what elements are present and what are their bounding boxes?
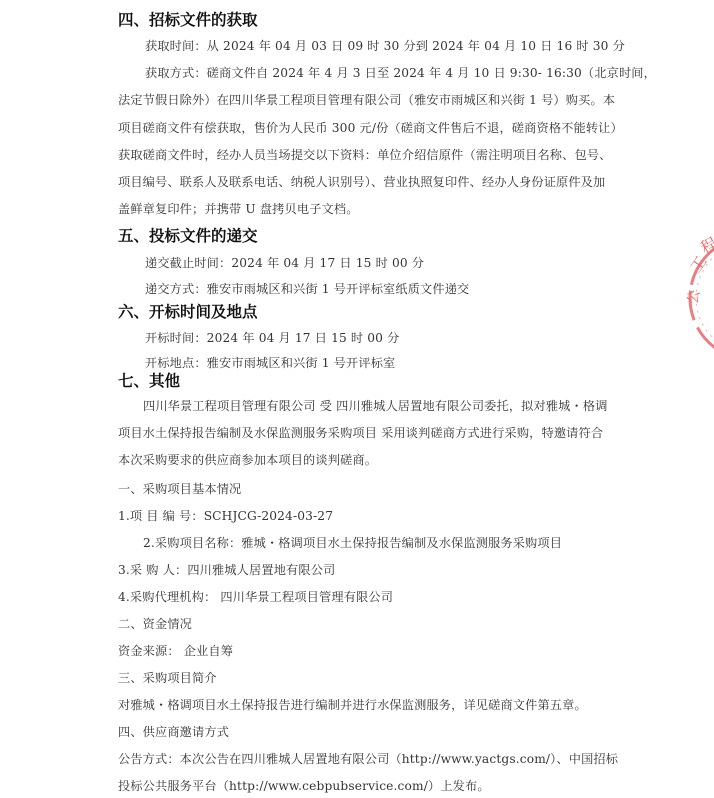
svg-text:程: 程 xyxy=(697,233,714,257)
intro-line: 本次采购要求的供应商参加本项目的谈判磋商。 xyxy=(118,452,377,468)
acquire-method-line: 获取方式：磋商文件自 2024 年 4 月 3 日至 2024 年 4 月 10… xyxy=(145,65,656,81)
opening-time: 开标时间：2024 年 04 月 17 日 15 时 00 分 xyxy=(145,330,399,346)
project-number: 1.项 目 编 号：SCHJCG-2024-03-27 xyxy=(118,508,333,524)
document-page: 四、招标文件的获取 获取时间：从 2024 年 04 月 03 日 09 时 3… xyxy=(0,0,714,798)
acquire-method-line: 法定节假日除外）在四川华景工程项目管理有限公司（雅安市雨城区和兴街 1 号）购买… xyxy=(118,92,615,108)
acquire-method-line: 项目编号、联系人及联系电话、纳税人识别号）、营业执照复印件、经办人身份证原件及加 xyxy=(118,174,605,190)
notice-line: 公告方式：本次公告在四川雅城人居置地有限公司（http://www.yactgs… xyxy=(118,751,618,767)
procurement-agency: 4.采购代理机构： 四川华景工程项目管理有限公司 xyxy=(118,589,393,605)
subheading-basic-info: 一、采购项目基本情况 xyxy=(118,481,241,497)
intro-line: 四川华景工程项目管理有限公司 受 四川雅城人居置地有限公司委托，拟对雅城・格调 xyxy=(143,398,608,414)
subheading-invitation: 四、供应商邀请方式 xyxy=(118,724,229,740)
section-heading-4: 四、招标文件的获取 xyxy=(118,10,258,30)
intro-line: 项目水土保持报告编制及水保监测服务采购项目 采用谈判磋商方式进行采购，特邀请符合 xyxy=(118,425,603,441)
acquire-method-line: 获取磋商文件时，经办人员当场提交以下资料：单位介绍信原件（需注明项目名称、包号、 xyxy=(118,147,612,163)
section-heading-7: 七、其他 xyxy=(118,371,180,391)
section-heading-5: 五、投标文件的递交 xyxy=(118,226,258,246)
acquire-method-line: 盖鲜章复印件；并携带 U 盘拷贝电子文档。 xyxy=(118,201,359,217)
section-heading-6: 六、开标时间及地点 xyxy=(118,302,258,322)
project-name: 2.采购项目名称：雅城・格调项目水土保持报告编制及水保监测服务采购项目 xyxy=(143,535,562,551)
subheading-funds: 二、资金情况 xyxy=(118,616,192,632)
company-seal-icon: 工 程 公 xyxy=(680,228,714,368)
svg-text:公: 公 xyxy=(685,289,703,306)
acquire-time: 获取时间：从 2024 年 04 月 03 日 09 时 30 分到 2024 … xyxy=(145,38,625,54)
subheading-project-summary: 三、采购项目简介 xyxy=(118,670,217,686)
opening-place: 开标地点：雅安市雨城区和兴街 1 号开评标室 xyxy=(145,355,395,371)
project-summary: 对雅城・格调项目水土保持报告进行编制并进行水保监测服务，详见磋商文件第五章。 xyxy=(118,697,587,713)
acquire-method-line: 项目磋商文件有偿获取，售价为人民币 300 元/份（磋商文件售后不退，磋商资格不… xyxy=(118,120,623,136)
submit-deadline: 递交截止时间：2024 年 04 月 17 日 15 时 00 分 xyxy=(145,255,424,271)
submit-method: 递交方式：雅安市雨城区和兴街 1 号开评标室纸质文件递交 xyxy=(145,281,469,297)
purchaser: 3.采 购 人：四川雅城人居置地有限公司 xyxy=(118,562,335,578)
fund-source: 资金来源： 企业自筹 xyxy=(118,643,233,659)
notice-line: 投标公共服务平台（http://www.cebpubservice.com/）上… xyxy=(118,778,490,794)
